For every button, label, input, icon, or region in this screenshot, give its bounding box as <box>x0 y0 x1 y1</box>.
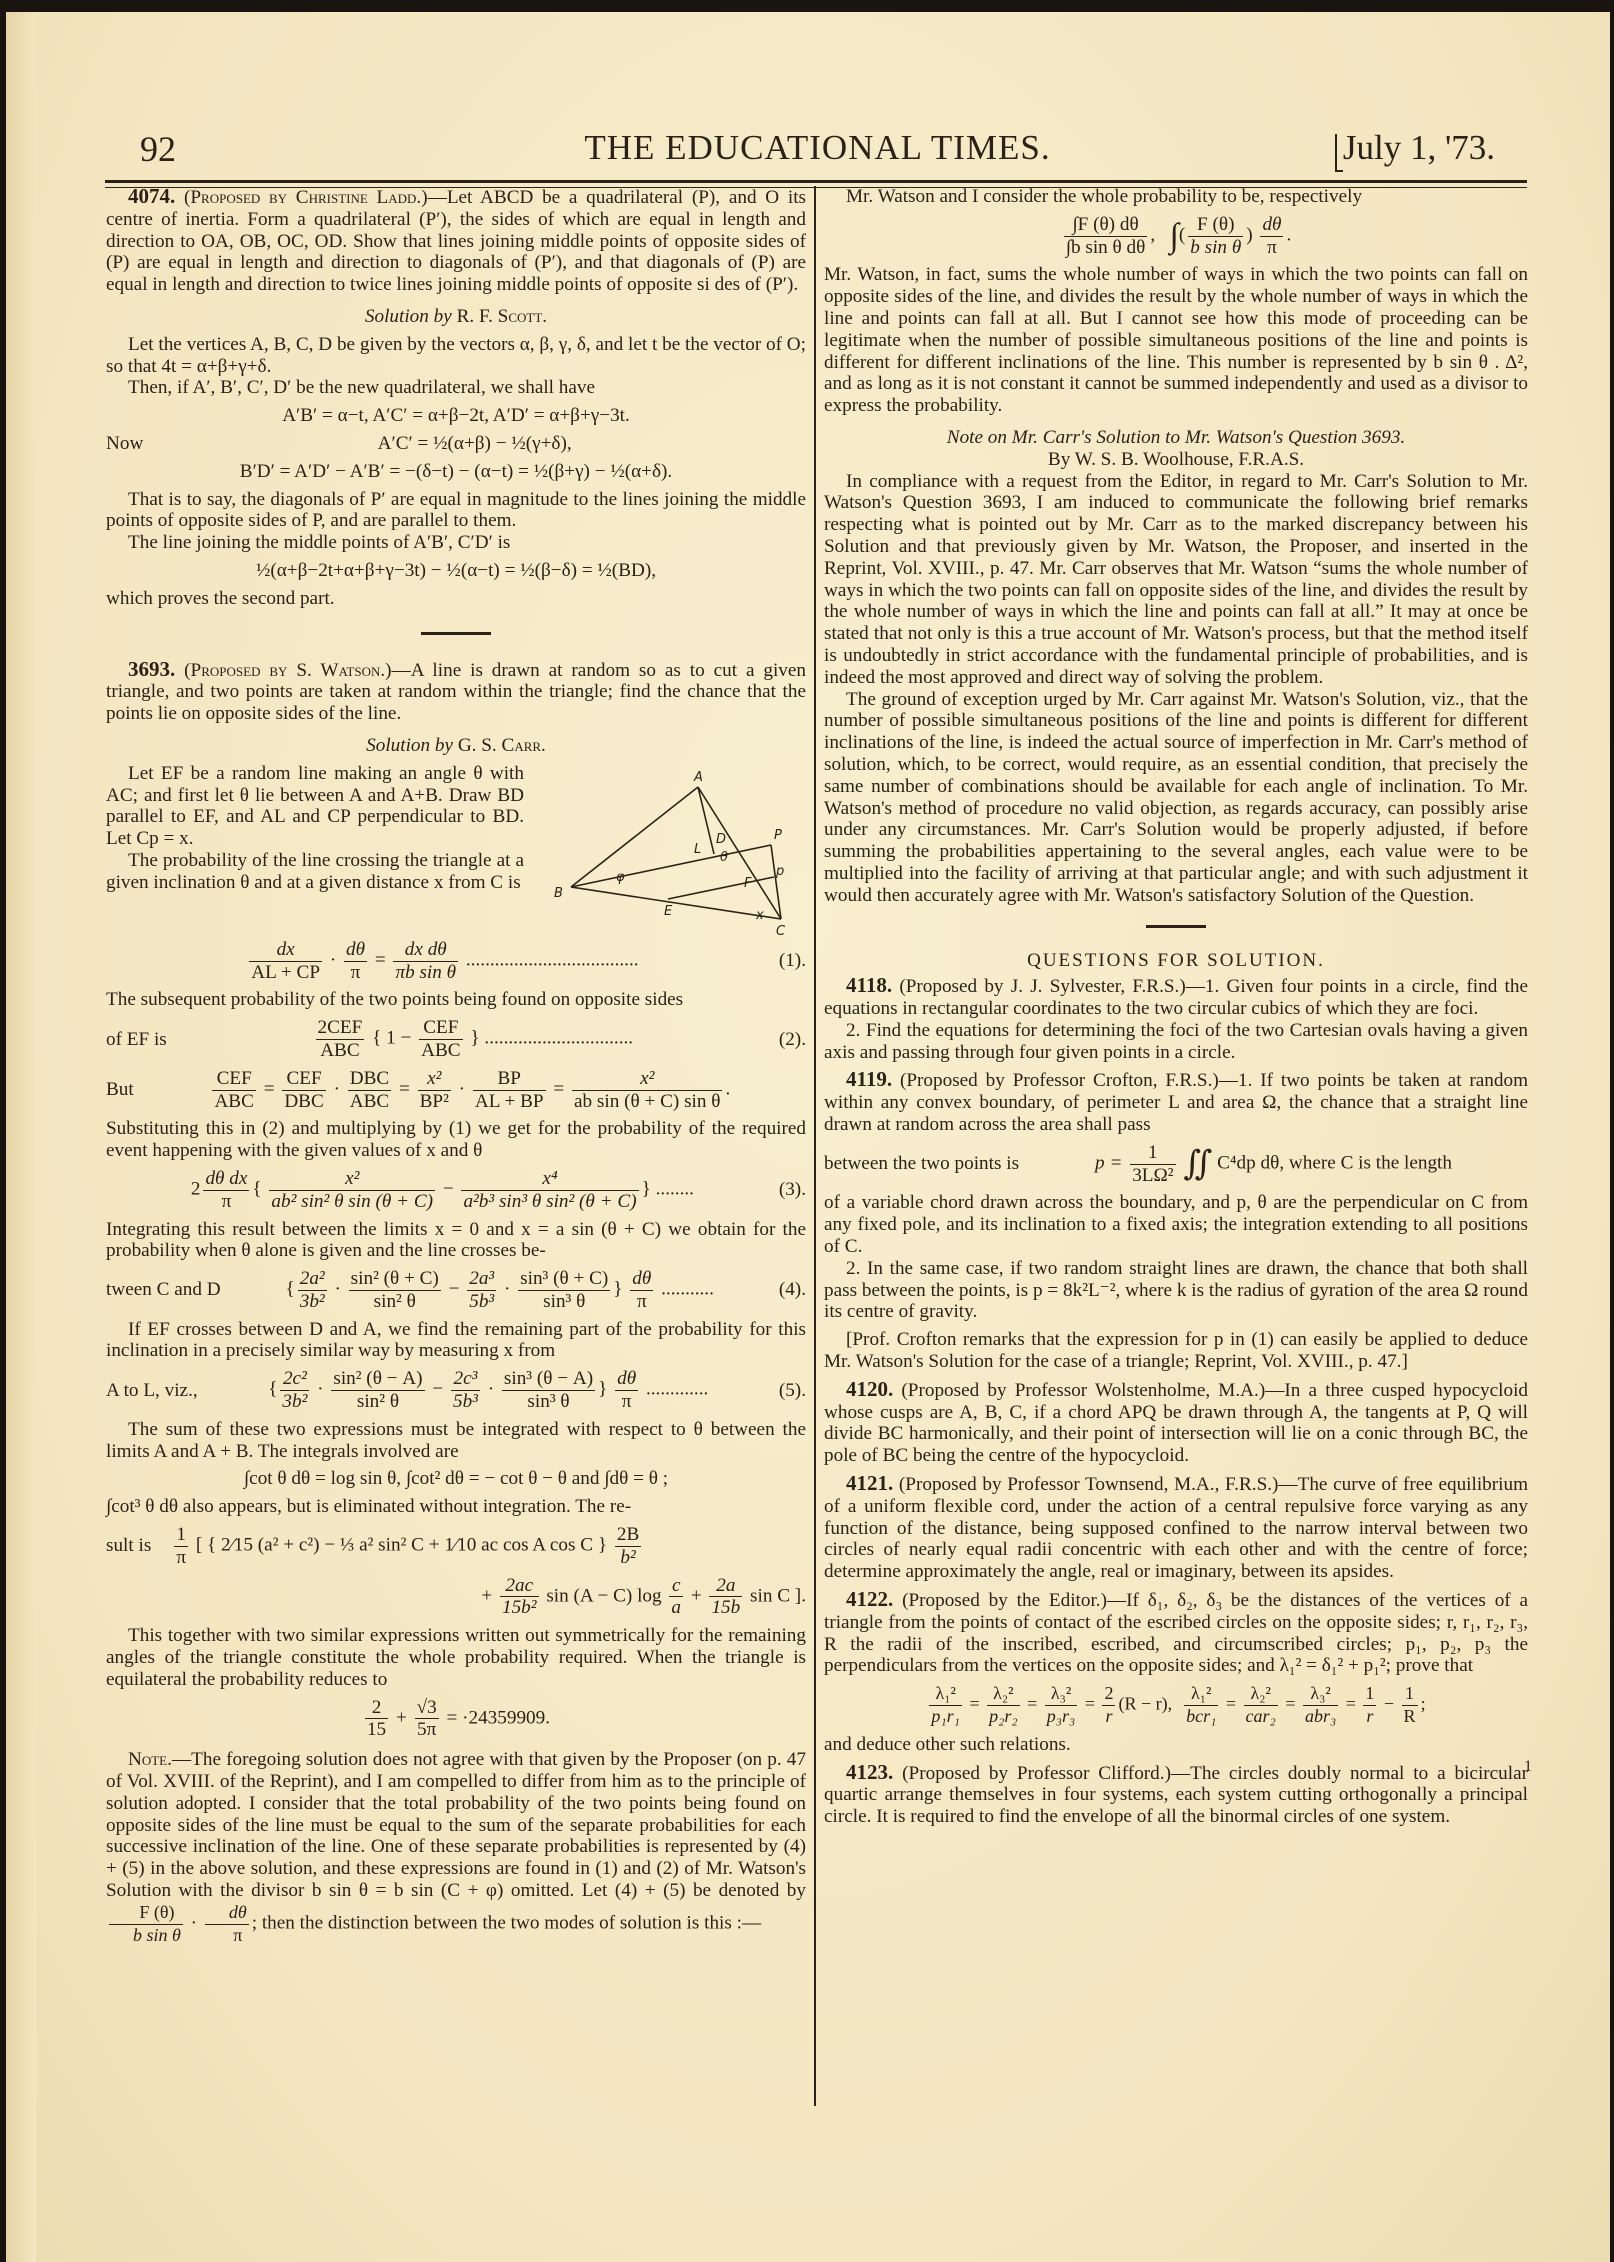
equation-number: (3). <box>779 1179 806 1201</box>
question-4123: 4123. (Proposed by Professor Clifford.)—… <box>824 1762 1528 1828</box>
right-column: Mr. Watson and I consider the whole prob… <box>824 186 1528 1828</box>
publication-title: THE EDUCATIONAL TIMES. <box>140 128 1495 168</box>
column-separator <box>814 186 816 2106</box>
equation-4: tween C and D {2a²3b² · sin² (θ + C)sin²… <box>106 1268 806 1313</box>
equation-3: 2dθ dxπ{ x²ab² sin² θ sin (θ + C) − x⁴a²… <box>106 1168 806 1213</box>
paragraph: Mr. Watson, in fact, sums the whole numb… <box>824 264 1528 417</box>
diagram-label: E <box>664 904 673 919</box>
paragraph: which proves the second part. <box>106 588 806 610</box>
question-3693: 3693. (Proposed by S. Watson.)—A line is… <box>106 659 806 1947</box>
section-divider <box>1146 925 1206 928</box>
equation-result-line2: + 2ac15b² sin (A − C) log ca + 2a15b sin… <box>106 1575 806 1620</box>
issue-date: July 1, '73. <box>1343 128 1495 168</box>
equation-number: (1). <box>779 950 806 972</box>
proposer: (Proposed by the Editor.) <box>902 1590 1107 1611</box>
question-number: 4074. <box>128 184 175 208</box>
paragraph: ∫cot³ θ dθ also appears, but is eliminat… <box>106 1496 806 1518</box>
note-heading: Note on Mr. Carr's Solution to Mr. Watso… <box>824 427 1528 449</box>
equation-2: of EF is 2CEFABC { 1 − CEFABC } ........… <box>106 1017 806 1062</box>
proposer: (Proposed by Professor Townsend, M.A., F… <box>899 1474 1279 1495</box>
equation-number: (2). <box>779 1029 806 1051</box>
paragraph: That is to say, the diagonals of P′ are … <box>106 489 806 533</box>
section-divider <box>421 632 491 635</box>
equation-equilateral: 215 + √35π = ·24359909. <box>106 1697 806 1742</box>
diagram-label: C <box>776 924 786 939</box>
diagram-label: A <box>693 770 703 785</box>
question-4074: 4074. (Proposed by Christine Ladd.)—Let … <box>106 186 806 610</box>
equation-number: (4). <box>779 1279 806 1301</box>
editor-remark: [Prof. Crofton remarks that the expressi… <box>824 1329 1528 1373</box>
diagram-label: p <box>775 864 784 879</box>
solution-byline: Solution by G. S. Carr. <box>106 735 806 757</box>
equation: λ₁²p₁r₁ = λ₂²p₂r₂ = λ₃²p₃r₃ = 2r(R − r),… <box>824 1683 1528 1728</box>
questions-heading: QUESTIONS FOR SOLUTION. <box>824 950 1528 972</box>
paragraph: The sum of these two expressions must be… <box>106 1419 806 1463</box>
page-edge-shadow <box>6 12 36 2262</box>
margin-mark: 1 <box>1524 1756 1532 1778</box>
equation-1: dxAL + CP · dθπ = dx dθπb sin θ ........… <box>106 939 806 984</box>
equation-whole-probability: ∫F (θ) dθ∫b sin θ dθ, ∫(F (θ)b sin θ) dθ… <box>824 214 1528 259</box>
solver: G. S. Carr. <box>458 735 546 756</box>
question-number: 4120. <box>846 1377 893 1401</box>
page-header: 92 THE EDUCATIONAL TIMES. July 1, '73. <box>140 128 1495 178</box>
proposer: (Proposed by Professor Crofton, F.R.S.) <box>900 1070 1219 1091</box>
solver: R. F. Scott. <box>457 306 548 327</box>
question-number: 4118. <box>846 973 892 997</box>
proposer: (Proposed by J. J. Sylvester, F.R.S.) <box>899 976 1185 997</box>
paragraph: The ground of exception urged by Mr. Car… <box>824 689 1528 907</box>
equation: Now A′C′ = ½(α+β) − ½(γ+δ), <box>106 433 806 455</box>
editor-note: Note.—The foregoing solution does not ag… <box>106 1749 806 1946</box>
question-number: 4123. <box>846 1760 893 1784</box>
question-number: 4119. <box>846 1067 892 1091</box>
solution-byline: Solution by R. F. Scott. <box>106 306 806 328</box>
question-4121: 4121. (Proposed by Professor Townsend, M… <box>824 1473 1528 1583</box>
question-4119: 4119. (Proposed by Professor Crofton, F.… <box>824 1069 1528 1372</box>
equation: ½(α+β−2t+α+β+γ−3t) − ½(α−t) = ½(β−δ) = ½… <box>106 560 806 582</box>
triangle-diagram: ABCDEFLPpθφx <box>536 769 806 939</box>
proposer: (Proposed by S. Watson.) <box>184 660 391 681</box>
question-statement: 4074. (Proposed by Christine Ladd.)—Let … <box>106 186 806 296</box>
proposer: (Proposed by Professor Clifford.) <box>902 1763 1171 1784</box>
proposer: (Proposed by Professor Wolstenholme, M.A… <box>901 1380 1265 1401</box>
question-4118: 4118. (Proposed by J. J. Sylvester, F.R.… <box>824 975 1528 1063</box>
question-number: 4122. <box>846 1587 893 1611</box>
equation: B′D′ = A′D′ − A′B′ = −(δ−t) − (α−t) = ½(… <box>106 461 806 483</box>
paragraph: The line joining the middle points of A′… <box>106 532 806 554</box>
diagram-label: P <box>774 828 782 843</box>
paragraph: Then, if A′, B′, C′, D′ be the new quadr… <box>106 377 806 399</box>
paragraph: Mr. Watson and I consider the whole prob… <box>824 186 1528 208</box>
equation-5: A to L, viz., {2c²3b² · sin² (θ − A)sin²… <box>106 1368 806 1413</box>
triangle-diagram-svg: ABCDEFLPpθφx <box>536 769 806 939</box>
equation: between the two points is p = 13LΩ² ∬ C⁴… <box>824 1142 1528 1187</box>
question-4120: 4120. (Proposed by Professor Wolstenholm… <box>824 1379 1528 1467</box>
equation: A′B′ = α−t, A′C′ = α+β−2t, A′D′ = α+β+γ−… <box>106 405 806 427</box>
proposer: (Proposed by Christine Ladd.) <box>184 187 428 208</box>
equation-integrals: ∫cot θ dθ = log sin θ, ∫cot² dθ = − cot … <box>106 1468 806 1490</box>
paragraph: This together with two similar expressio… <box>106 1625 806 1690</box>
paragraph: Let the vertices A, B, C, D be given by … <box>106 334 806 378</box>
diagram-label: D <box>716 832 726 847</box>
equation-ratio: But CEFABC = CEFDBC · DBCABC = x²BP² · B… <box>106 1068 806 1113</box>
paragraph: If EF crosses between D and A, we find t… <box>106 1319 806 1363</box>
question-number: 4121. <box>846 1471 893 1495</box>
question-statement: 3693. (Proposed by S. Watson.)—A line is… <box>106 659 806 725</box>
note-byline: By W. S. B. Woolhouse, F.R.A.S. <box>824 449 1528 471</box>
paragraph: Integrating this result between the limi… <box>106 1219 806 1263</box>
diagram-label: φ <box>616 870 625 885</box>
diagram-label: B <box>554 886 563 901</box>
paragraph: The subsequent probability of the two po… <box>106 989 806 1011</box>
paragraph: Substituting this in (2) and multiplying… <box>106 1118 806 1162</box>
left-column: 4074. (Proposed by Christine Ladd.)—Let … <box>106 186 806 1946</box>
diagram-label: L <box>694 842 701 857</box>
paragraph: In compliance with a request from the Ed… <box>824 471 1528 689</box>
equation-result: sult is 1π [ { 2⁄15 (a² + c²) − ⅓ a² sin… <box>106 1524 806 1569</box>
question-4122: 4122. (Proposed by the Editor.)—If δ₁, δ… <box>824 1589 1528 1756</box>
diagram-label: θ <box>720 850 728 865</box>
diagram-label: x <box>755 908 764 923</box>
question-number: 3693. <box>128 657 175 681</box>
diagram-label: F <box>744 876 752 891</box>
equation-number: (5). <box>779 1380 806 1402</box>
